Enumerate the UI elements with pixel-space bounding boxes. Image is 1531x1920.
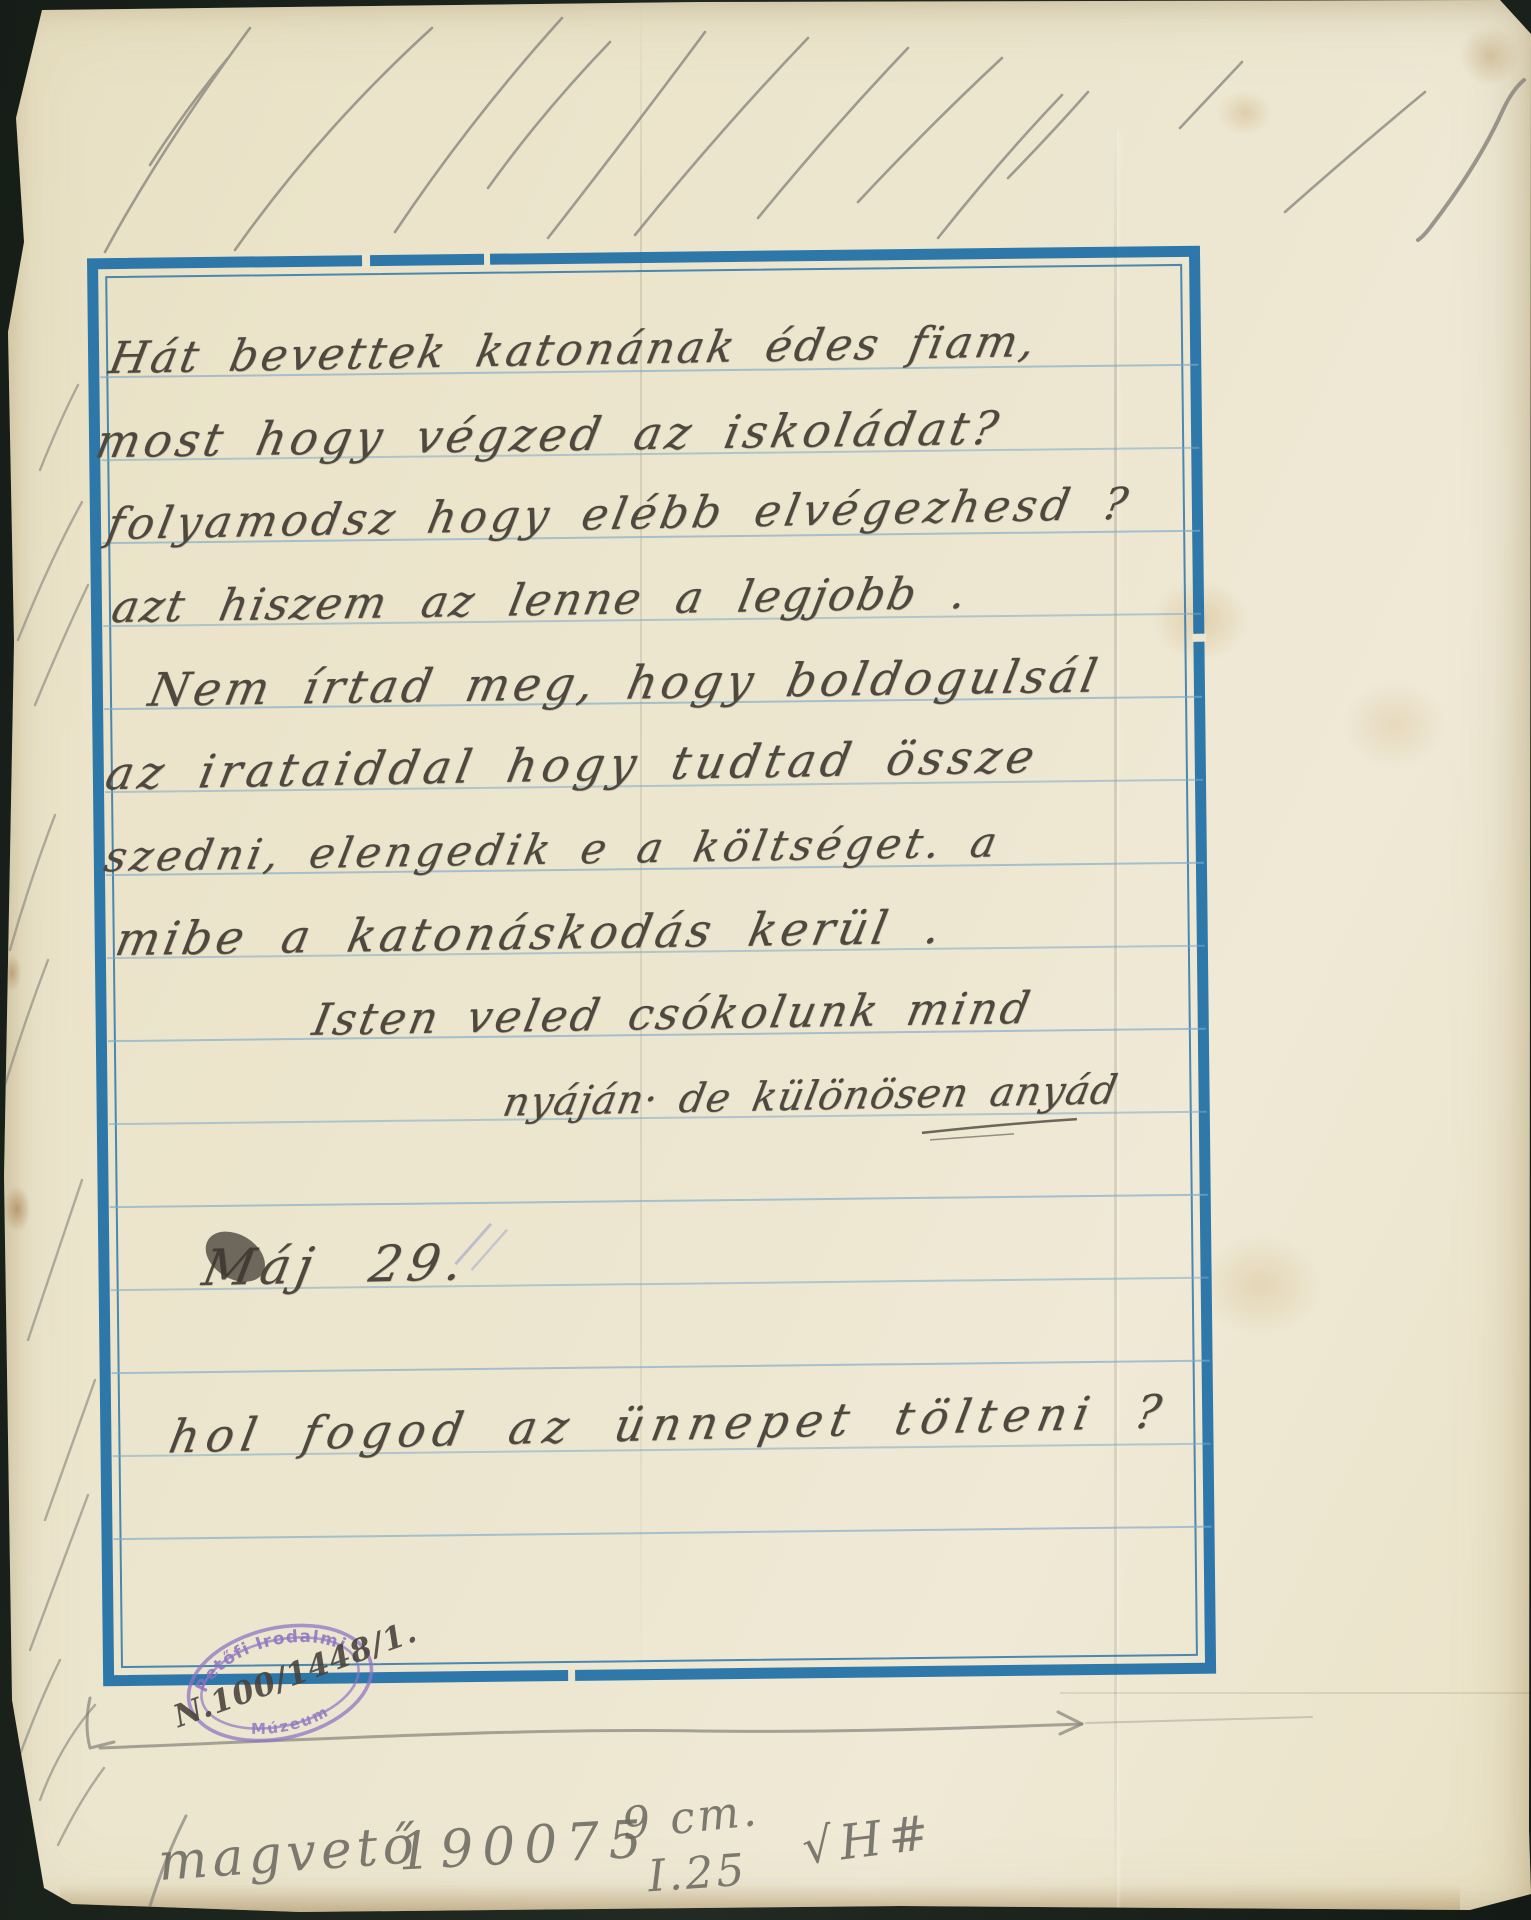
- handwriting-line: mibe a katonáskodás kerül .: [112, 904, 949, 962]
- frame-print-gap: [484, 252, 490, 267]
- date-line: Máj 29.: [199, 1237, 473, 1293]
- letter-body: Hát bevettek katonának édes fiam,most ho…: [0, 0, 1520, 7]
- frame-print-gap: [568, 1669, 575, 1683]
- scan-background: Hát bevettek katonának édes fiam,most ho…: [0, 0, 1531, 1920]
- printed-area: Hát bevettek katonának édes fiam,most ho…: [0, 0, 1531, 1920]
- annotation-price: I.25: [647, 1849, 749, 1900]
- handwriting-line: Isten veled csókolunk mind: [309, 987, 1036, 1043]
- handwriting-line: Nem írtad meg, hogy boldogulsál: [145, 653, 1105, 713]
- annotation-number: 190075: [397, 1813, 652, 1878]
- frame-print-gap: [1192, 634, 1206, 642]
- ruled-lines: [0, 0, 1520, 7]
- handwriting-line: most hogy végzed az iskoládat?: [92, 405, 1006, 465]
- frame-print-gap: [362, 253, 370, 268]
- handwriting-line: nyáján· de különösen anyád: [500, 1070, 1121, 1122]
- letter-paper: Hát bevettek katonának édes fiam,most ho…: [0, 0, 1531, 1920]
